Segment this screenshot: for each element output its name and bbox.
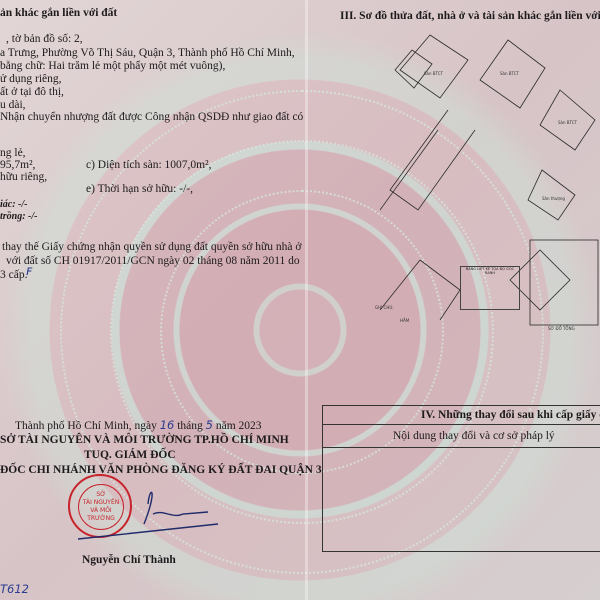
address-line: a Trưng, Phường Võ Thị Sáu, Quận 3, Thàn… bbox=[0, 46, 295, 60]
diagram-notes: GHI CHÚ: bbox=[375, 305, 600, 311]
date-month: 5 bbox=[206, 418, 213, 432]
issuing-agency: SỞ TÀI NGUYÊN VÀ MÔI TRƯỜNG TP.HỒ CHÍ MI… bbox=[0, 433, 289, 447]
signer-name: Nguyễn Chí Thành bbox=[82, 553, 176, 567]
area-words-line: bằng chữ: Hai trăm lẻ một phẩy một mét v… bbox=[0, 59, 225, 73]
coordinate-table-title: BẢNG LIỆT KÊ TỌA ĐỘ GÓC RANH bbox=[461, 267, 519, 275]
notes-label: GHI CHÚ: bbox=[375, 305, 394, 310]
section-4-title: IV. Những thay đổi sau khi cấp giấy chứn… bbox=[323, 406, 600, 425]
section-header-fragment: ản khác gắn liền với đất bbox=[0, 6, 117, 20]
svg-text:Sàn BTCT: Sàn BTCT bbox=[558, 120, 578, 125]
ownership-term-line: e) Thời hạn sở hữu: -/-, bbox=[86, 182, 193, 196]
section-3-title: III. Sơ đồ thửa đất, nhà ở và tài sản kh… bbox=[340, 10, 600, 22]
changes-column-header: Nội dung thay đổi và cơ sở pháp lý bbox=[323, 425, 600, 448]
branch-office: ĐỐC CHI NHÁNH VĂN PHÒNG ĐĂNG KÝ ĐẤT ĐAI … bbox=[0, 463, 322, 477]
svg-text:SƠ ĐỒ TỔNG: SƠ ĐỒ TỔNG bbox=[548, 326, 575, 331]
handwritten-initial: ꜰ bbox=[26, 265, 32, 279]
coordinate-table: BẢNG LIỆT KÊ TỌA ĐỘ GÓC RANH bbox=[460, 266, 520, 310]
date-day: 16 bbox=[160, 418, 175, 432]
use-form-line: ử dụng riêng, bbox=[0, 72, 62, 86]
signature-icon bbox=[78, 484, 228, 544]
parcel-line: , tờ bản đồ số: 2, bbox=[6, 32, 83, 46]
ownership-form-line: hữu riêng, bbox=[0, 170, 47, 184]
date-year: năm 2023 bbox=[216, 420, 262, 432]
date-month-label: tháng bbox=[177, 420, 203, 432]
serial-number: T612 bbox=[0, 582, 29, 596]
date-prefix: Thành phố Hồ Chí Minh, ngày bbox=[15, 420, 157, 432]
replacement-note-line: với đất số CH 01917/2011/GCN ngày 02 thá… bbox=[6, 254, 300, 268]
svg-text:Sàn BTCT: Sàn BTCT bbox=[424, 71, 444, 76]
replacement-note-line: thay thế Giấy chứng nhận quyền sử dụng đ… bbox=[2, 240, 301, 254]
replacement-note-line: 3 cấp. bbox=[0, 268, 27, 282]
changes-table: IV. Những thay đổi sau khi cấp giấy chứn… bbox=[322, 405, 600, 552]
land-purpose-line: ất ở tại đô thị, bbox=[0, 85, 64, 99]
svg-text:Sàn BTCT: Sàn BTCT bbox=[500, 71, 520, 76]
issue-date-line: Thành phố Hồ Chí Minh, ngày 16 tháng 5 n… bbox=[15, 418, 262, 433]
page-fold bbox=[305, 0, 308, 600]
svg-text:HẦM: HẦM bbox=[400, 318, 410, 323]
origin-line: Nhận chuyển nhượng đất được Công nhận QS… bbox=[0, 110, 303, 124]
planted-forest-line: trồng: -/- bbox=[0, 210, 38, 224]
signer-role: TUQ. GIÁM ĐỐC bbox=[84, 448, 176, 462]
svg-text:Sân thượng: Sân thượng bbox=[542, 196, 565, 201]
floor-area-line: c) Diện tích sàn: 1007,0m², bbox=[86, 158, 211, 172]
